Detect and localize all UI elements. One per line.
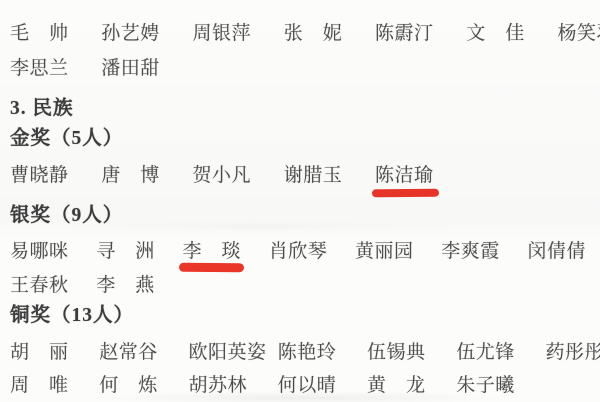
name-item: 张 妮 [284,23,343,44]
scanned-document-page: 毛 帅 孙艺娉 周银萍 张 妮 陈霨汀 文 佳 杨笑羽 李思兰 潘田甜 3. 民… [0,0,600,402]
award-heading-gold: 金奖（5人） [10,122,123,150]
name-item: 李爽霞 [441,241,500,262]
name-item: 朱子曦 [456,375,515,396]
name-item: 药彤彤 [546,342,600,363]
name-item-underlined: 李 琰 [183,241,242,262]
name-row-silver-1: 易哪咪 寻 洲 李 琰 肖欣琴 黄丽园 李爽霞 闵倩倩 [10,236,600,263]
name-item: 周 唯 [10,375,69,396]
section-heading-ethnic: 3. 民族 [10,92,74,120]
name-item: 欧阳英姿 [189,342,267,363]
name-item: 赵常谷 [99,342,158,363]
name-item: 贺小凡 [193,165,252,186]
name-item: 潘田甜 [101,58,160,79]
name-item: 胡 丽 [10,342,69,363]
name-item: 李 燕 [96,275,155,296]
name-item: 寻 洲 [96,241,155,262]
name-item: 胡苏林 [189,375,248,396]
name-row-bronze-2: 周 唯 何 炼 胡苏林 何以晴 黄 龙 朱子曦 [10,370,600,397]
name-row-silver-2: 王春秋 李 燕 [10,270,600,297]
name-item: 毛 帅 [10,23,69,44]
name-item: 杨笑羽 [558,23,600,44]
name-item: 陈霨汀 [375,23,434,44]
name-item: 李思兰 [10,58,69,79]
name-row-gold-1: 曹晓静 唐 博 贺小凡 谢腊玉 陈洁瑜 [10,160,600,187]
name-item: 王春秋 [10,275,69,296]
name-item: 唐 博 [101,165,160,186]
award-heading-silver: 银奖（9人） [10,199,123,227]
name-item: 谢腊玉 [284,165,343,186]
name-item: 何 炼 [99,375,158,396]
red-underline-annotation [372,189,439,198]
name-item: 何以晴 [278,375,337,396]
name-item-underlined: 陈洁瑜 [375,165,434,186]
name-item: 黄 龙 [367,375,426,396]
name-item: 孙艺娉 [101,23,160,44]
name-item: 周银萍 [193,23,252,44]
name-item: 肖欣琴 [269,241,328,262]
name-item: 文 佳 [466,23,525,44]
name-item: 陈艳玲 [278,342,337,363]
name-row-top-1: 毛 帅 孙艺娉 周银萍 张 妮 陈霨汀 文 佳 杨笑羽 [10,18,600,45]
name-row-top-2: 李思兰 潘田甜 [10,53,600,80]
award-heading-bronze: 铜奖（13人） [10,299,134,327]
name-item: 伍锡典 [367,342,426,363]
name-item: 曹晓静 [10,165,69,186]
name-row-bronze-1: 胡 丽 赵常谷 欧阳英姿 陈艳玲 伍锡典 伍尤锋 药彤彤 [10,337,600,364]
name-item: 黄丽园 [355,241,414,262]
name-item: 闵倩倩 [528,241,587,262]
name-item: 易哪咪 [10,241,69,262]
name-item: 伍尤锋 [456,342,515,363]
